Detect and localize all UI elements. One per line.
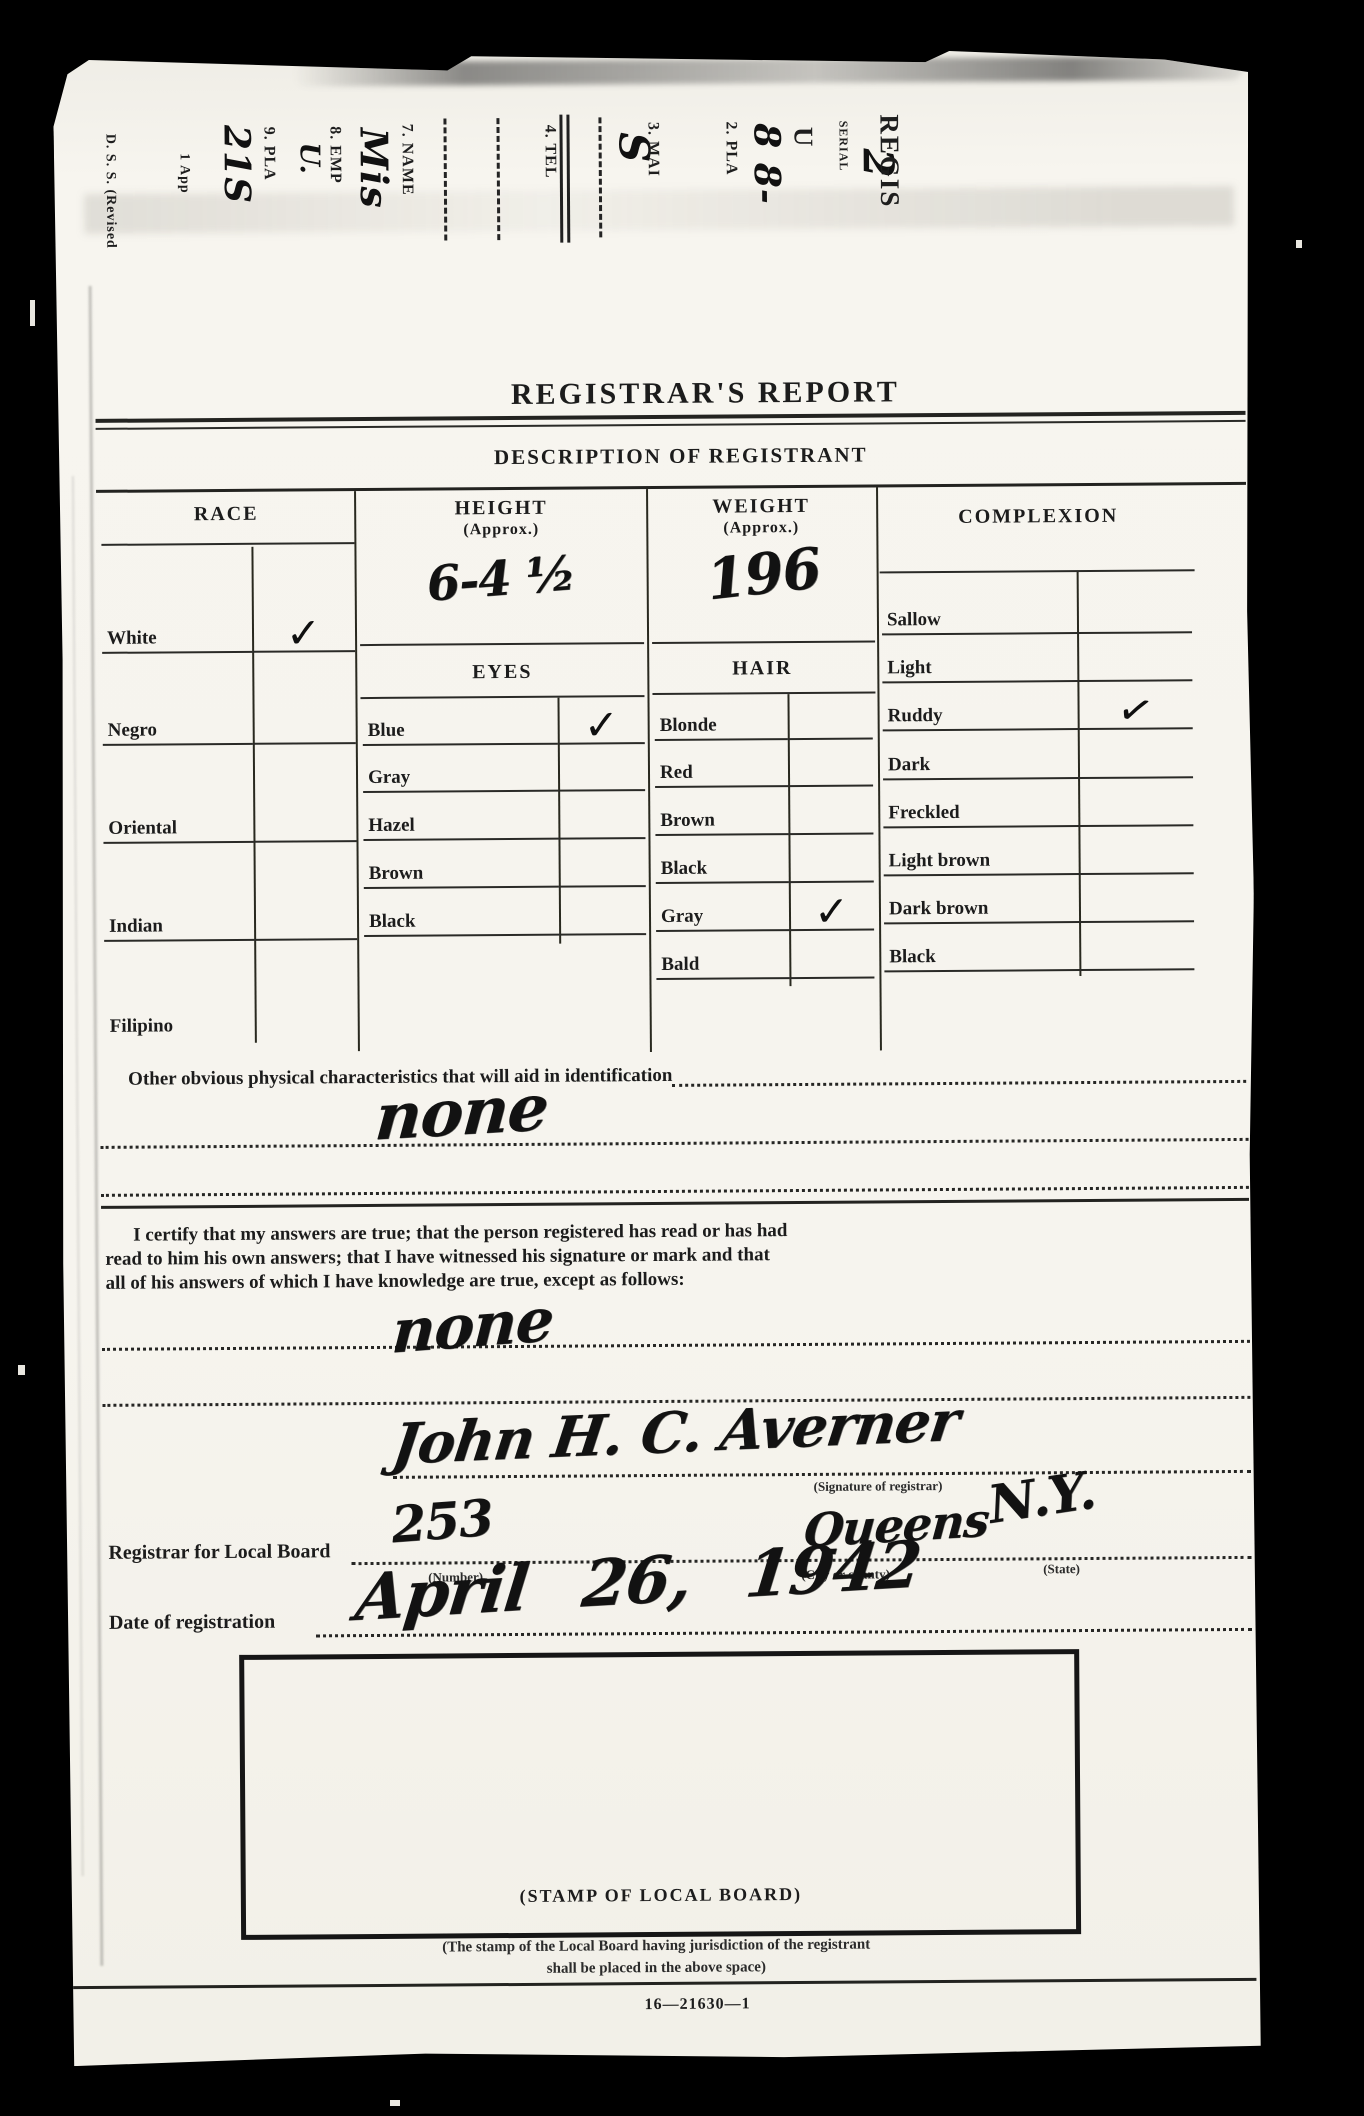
card-edge-line [89,286,104,1966]
race-row-negro: Negro [103,706,356,746]
registrar-local-board-label: Registrar for Local Board [108,1540,330,1565]
page-title: REGISTRAR'S REPORT [511,375,900,412]
rotated-dashed-rule [496,118,500,240]
checkmark: ✓ [1113,686,1157,735]
eyes-top-rule [360,695,644,699]
rotated-dashed-rule [443,118,447,240]
stamp-box-label: (STAMP OF LOCAL BOARD) [246,1882,1076,1909]
rotated-handwriting-mis: Mis [352,128,398,209]
race-row-indian: Indian [104,902,357,942]
hair-row-bald: Bald [656,940,874,980]
rotated-fragment-name: 7. NAME [397,124,416,196]
rotated-handwriting-88: 8 8- [745,123,788,205]
complexion-row-dark-brown: Dark brown [884,884,1194,924]
rotated-fragment-employer: 8. EMP [325,126,343,184]
hair-row-brown: Brown [655,796,873,836]
rotated-fragment-app: 1 App [176,153,192,194]
rotated-solid-rule [566,115,570,243]
rotated-fragment-dss: D. S. S. (Revised [102,134,119,249]
document-paper: D. S. S. (Revised 1 App 21S 9. PLA U. 8.… [53,48,1262,2068]
dotted-line [102,1340,1250,1351]
eyes-header: EYES [472,661,532,684]
stamp-box: (STAMP OF LOCAL BOARD) [239,1649,1081,1940]
complexion-row-light-brown: Light brown [883,836,1193,876]
scan-speck [30,300,35,326]
complexion-row-light: Light [882,643,1192,683]
complexion-row-sallow: Sallow [882,595,1192,635]
race-row-oriental: Oriental [103,804,356,844]
dotted-line [101,1138,1249,1149]
card-edge-line [72,476,84,1876]
eyes-row-blue: Blue ✓ [363,706,645,746]
footer-rule [66,1978,1256,1989]
dotted-line [101,1186,1249,1197]
complexion-header-underline [880,569,1195,573]
board-number-handwriting: 253 [389,1488,495,1555]
weight-approx-label: (Approx.) [723,519,799,538]
rotated-fragment-telephone: 4. TEL [540,125,558,179]
eyes-row-black: Black [364,897,646,937]
height-value-underline [360,642,644,646]
fragment-text: (Revised [103,189,118,248]
scan-speck [1296,240,1302,248]
checkmark: ✓ [584,704,619,746]
hair-row-black: Black [656,844,874,884]
weight-value-underline [652,640,875,644]
section-heading: DESCRIPTION OF REGISTRANT [494,443,868,471]
height-weight-divider [646,489,652,1052]
race-header-underline [101,542,354,546]
section-rule [96,482,1246,493]
complexion-row-black: Black [884,932,1194,972]
eyes-row-brown: Brown [364,849,646,889]
state-caption: (State) [1043,1561,1080,1577]
hair-row-blonde: Blonde [655,701,873,741]
eyes-row-hazel: Hazel [363,801,645,841]
rotated-fragment-u: U [788,127,819,149]
weight-value-handwriting: 196 [703,535,824,613]
solid-rule [101,1198,1249,1209]
height-value-handwriting: 6-4 ½ [425,545,577,612]
scan-speck [390,2100,400,2106]
registration-date-label: Date of registration [109,1611,275,1635]
eyes-row-gray: Gray [363,753,645,793]
rotated-fragment-place2: 2. PLA [721,121,739,175]
hair-top-rule [652,691,875,695]
rotated-solid-rule [559,115,563,243]
race-row-white: White ✓ [102,614,355,654]
rotated-dashed-rule [598,117,602,237]
complexion-row-ruddy: Ruddy ✓ [882,691,1192,731]
rotated-handwriting-u: U. [294,142,325,175]
race-header: RACE [194,503,259,526]
dotted-filler [672,1058,1246,1087]
checkmark: ✓ [286,612,321,654]
form-number: 16—21630—1 [645,1995,751,2014]
hair-row-red: Red [655,748,873,788]
exception-handwriting: none [390,1285,555,1368]
weight-header: WEIGHT [712,495,810,519]
rotated-fragment-registration: REGIS [873,114,905,208]
rotated-fragment-mailing: 3. MAI [643,122,661,177]
stamp-caption-line-1: (The stamp of the Local Board having jur… [442,1937,870,1957]
checkmark: ✓ [814,891,849,933]
race-height-divider [354,491,360,1051]
complexion-row-freckled: Freckled [883,788,1193,828]
hair-row-gray: Gray ✓ [656,892,874,932]
rotated-handwriting-serial: 21S [215,125,258,204]
rotated-fragment-place: 9. PLA [259,127,277,181]
scan-smudge-streak [293,56,1243,87]
scanned-document-page: { "colors": {"background": "#000000", "p… [0,0,1364,2116]
complexion-header: COMPLEXION [958,505,1118,529]
rotated-fragment-serial-label: SERIAL [835,121,850,172]
height-approx-label: (Approx.) [463,521,539,540]
hair-header: HAIR [732,657,792,680]
signature-caption: (Signature of registrar) [814,1478,943,1495]
certification-line-3: all of his answers of which I have knowl… [105,1268,684,1296]
stamp-caption-line-2: shall be placed in the above space) [547,1959,766,1978]
fragment-text: D. S. S. [103,134,118,185]
complexion-row-dark: Dark [883,740,1193,780]
scan-speck [18,1365,25,1375]
height-header: HEIGHT [455,497,548,521]
other-characteristics-line: Other obvious physical characteristics t… [128,1058,1246,1091]
race-row-filipino: Filipino [105,1002,358,1042]
